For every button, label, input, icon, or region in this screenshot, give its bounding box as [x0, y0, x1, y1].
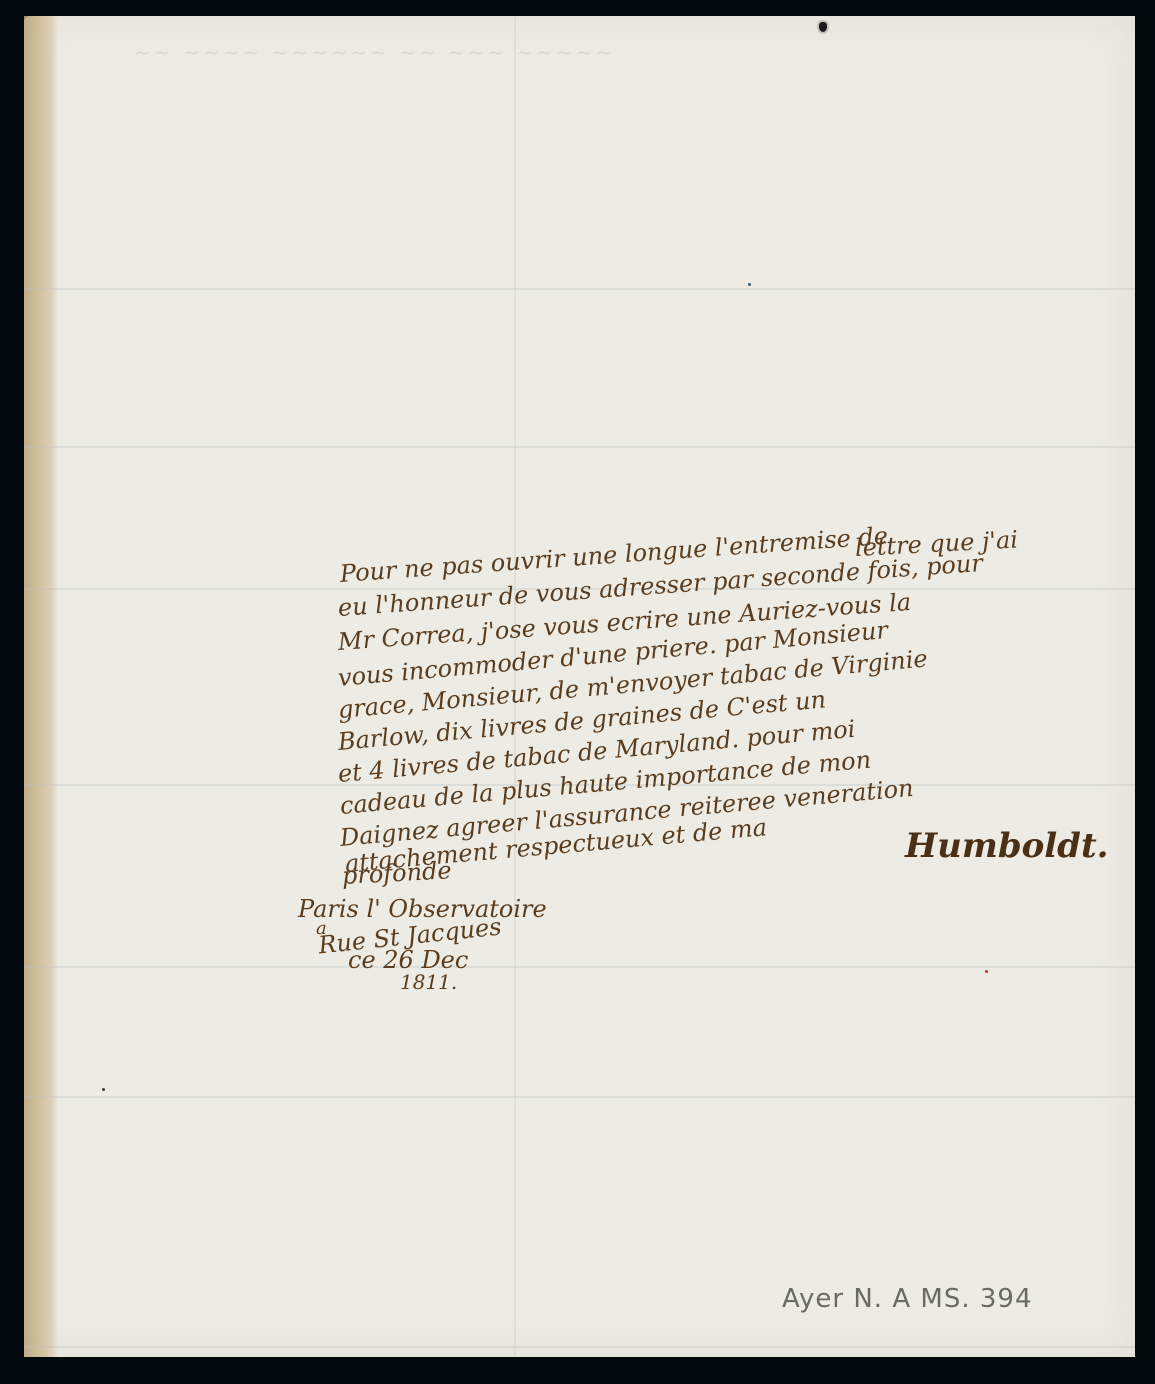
archive-mark: Ayer N. A MS. 394 [782, 1284, 1032, 1314]
letter-line: profonde [341, 856, 452, 890]
bleed-through-text: ~~ ~~~~ ~~~~~~ ~~ ~~~ ~~~~~ [134, 40, 754, 80]
ink-speck [102, 1088, 105, 1091]
ink-speck [748, 283, 751, 286]
fold-line [24, 446, 1135, 448]
fold-line [24, 1346, 1135, 1348]
signature: Humboldt. [905, 826, 1109, 866]
ink-speck [985, 970, 988, 973]
place-date-line: 1811. [400, 970, 457, 994]
edge-stain [24, 16, 58, 1357]
fold-line [24, 966, 1135, 968]
pin-hole [819, 22, 827, 32]
fold-line [24, 288, 1135, 290]
fold-line [24, 1096, 1135, 1098]
place-date-line: Paris l' Observatoire [298, 895, 547, 923]
